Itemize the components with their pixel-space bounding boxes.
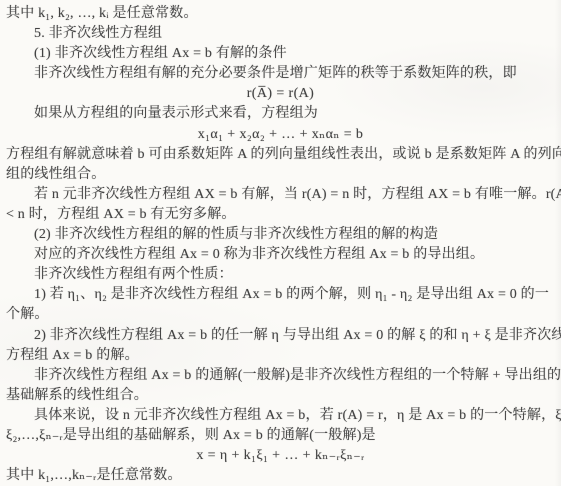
subsection-heading-1: (1) 非齐次线性方程组 Ax = b 有解的条件 [6, 44, 555, 64]
document-page: 其中 k₁, k₂, …, kᵢ 是任意常数。 5. 非齐次线性方程组 (1) … [0, 0, 561, 486]
section-heading-5: 5. 非齐次线性方程组 [6, 24, 555, 44]
formula-vector-form: x₁α₁ + x₂α₂ + … + xₙαₙ = b [6, 125, 555, 145]
text-line-constants-tail: 其中 k₁, k₂, …, kᵢ 是任意常数。 [6, 4, 555, 24]
para-unique-solution-2: < n 时，方程组 AX = b 有无穷多解。 [6, 205, 555, 225]
para-general-solution-2: 基础解系的线性组合。 [6, 386, 555, 406]
formula-general-solution: x = η + k₁ξ₁ + … + kₙ₋ᵣξₙ₋ᵣ [6, 446, 555, 466]
para-solvability-condition: 非齐次线性方程组有解的充分必要条件是增广矩阵的秩等于系数矩阵的秩，即 [6, 64, 555, 84]
para-property-1-line-1: 1) 若 η₁、η₂ 是非齐次线性方程组 Ax = b 的两个解，则 η₁ - … [6, 285, 555, 305]
para-unique-solution-1: 若 n 元非齐次线性方程组 AX = b 有解，当 r(A) = n 时，方程组… [6, 185, 555, 205]
para-property-2-line-2: 方程组 Ax = b 的解。 [6, 346, 555, 366]
para-linear-combination-2: 组的线性组合。 [6, 165, 555, 185]
para-derived-system: 对应的齐次线性方程组 Ax = 0 称为非齐次线性方程组 Ax = b 的导出组… [6, 245, 555, 265]
para-vector-form-intro: 如果从方程组的向量表示形式来看，方程组为 [6, 104, 555, 124]
formula-rank-equality: r(A̅) = r(A) [6, 84, 555, 104]
para-general-solution-1: 非齐次线性方程组 Ax = b 的通解(一般解)是非齐次线性方程组的一个特解 +… [6, 366, 555, 386]
para-property-2-line-1: 2) 非齐次线性方程组 Ax = b 的任一解 η 与导出组 Ax = 0 的解… [6, 326, 555, 346]
para-concrete-statement-1: 具体来说，设 n 元非齐次线性方程组 Ax = b，若 r(A) = r，η 是… [6, 406, 555, 426]
text-line-constants-footer: 其中 k₁,…,kₙ₋ᵣ是任意常数。 [6, 466, 555, 486]
para-linear-combination-1: 方程组有解就意味着 b 可由系数矩阵 A 的列向量组线性表出，或说 b 是系数矩… [6, 145, 555, 165]
para-property-1-line-2: 个解。 [6, 305, 555, 325]
para-concrete-statement-2: ξ₂,…,ξₙ₋ᵣ是导出组的基础解系，则 Ax = b 的通解(一般解)是 [6, 426, 555, 446]
subsection-heading-2: (2) 非齐次线性方程组的解的性质与非齐次线性方程组的解的构造 [6, 225, 555, 245]
para-two-properties: 非齐次线性方程组有两个性质： [6, 265, 555, 285]
